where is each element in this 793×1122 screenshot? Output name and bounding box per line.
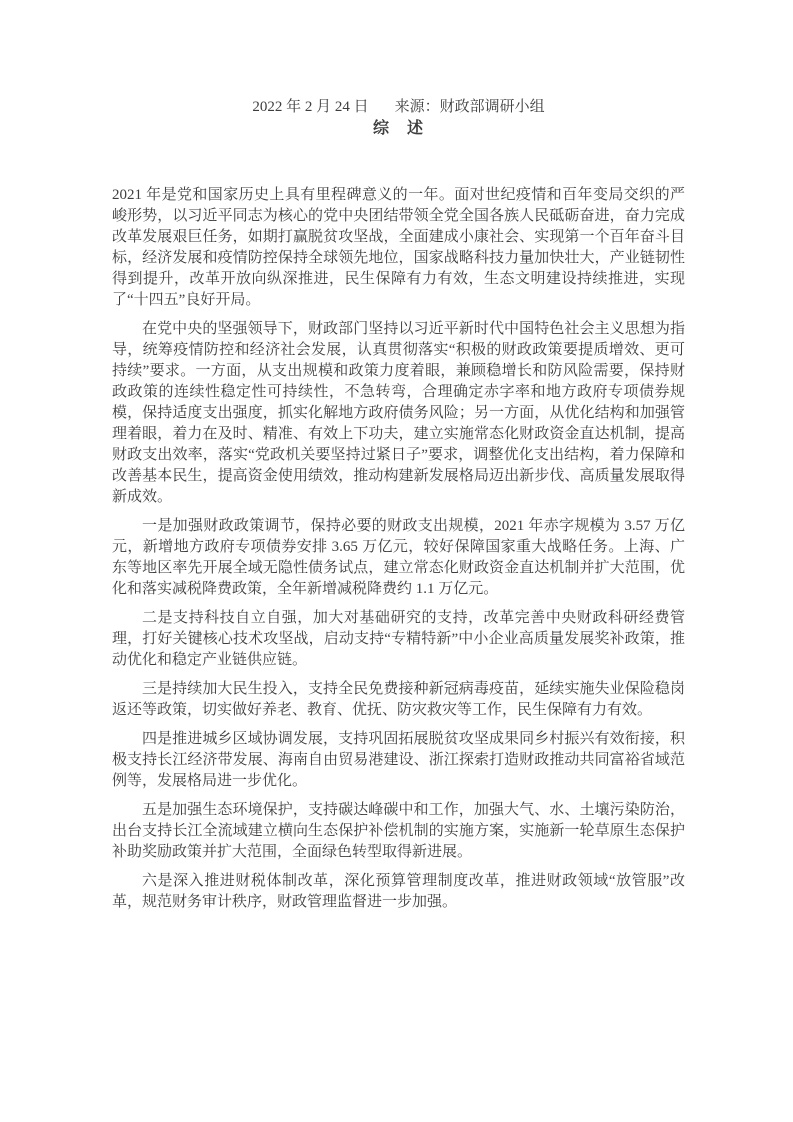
document-body: 2021 年是党和国家历史上具有里程碑意义的一年。面对世纪疫情和百年变局交织的严…: [112, 185, 685, 913]
paragraph-point-3: 三是持续加大民生投入，支持全民免费接种新冠病毒疫苗，延续实施失业保险稳岗返还等政…: [112, 679, 685, 721]
paragraph-point-1: 一是加强财政政策调节，保持必要的财政支出规模，2021 年赤字规模为 3.57 …: [112, 516, 685, 600]
paragraph-point-2: 二是支持科技自立自强，加大对基础研究的支持，改革完善中央财政科研经费管理，打好关…: [112, 608, 685, 671]
paragraph-overview: 2021 年是党和国家历史上具有里程碑意义的一年。面对世纪疫情和百年变局交织的严…: [112, 185, 685, 311]
paragraph-point-6: 六是深入推进财税体制改革，深化预算管理制度改革，推进财政领域“放管服”改革，规范…: [112, 871, 685, 913]
document-meta-line: 2022 年 2 月 24 日来源：财政部调研小组: [112, 97, 685, 118]
document-date: 2022 年 2 月 24 日: [252, 99, 368, 115]
document-title: 综 述: [112, 118, 685, 140]
document-page: 2022 年 2 月 24 日来源：财政部调研小组 综 述 2021 年是党和国…: [0, 0, 793, 1122]
paragraph-leadership: 在党中央的坚强领导下，财政部门坚持以习近平新时代中国特色社会主义思想为指导，统筹…: [112, 319, 685, 508]
document-source: 来源：财政部调研小组: [395, 99, 545, 115]
paragraph-point-5: 五是加强生态环境保护，支持碳达峰碳中和工作，加强大气、水、土壤污染防治，出台支持…: [112, 800, 685, 863]
paragraph-point-4: 四是推进城乡区域协调发展，支持巩固拓展脱贫攻坚成果同乡村振兴有效衔接，积极支持长…: [112, 729, 685, 792]
